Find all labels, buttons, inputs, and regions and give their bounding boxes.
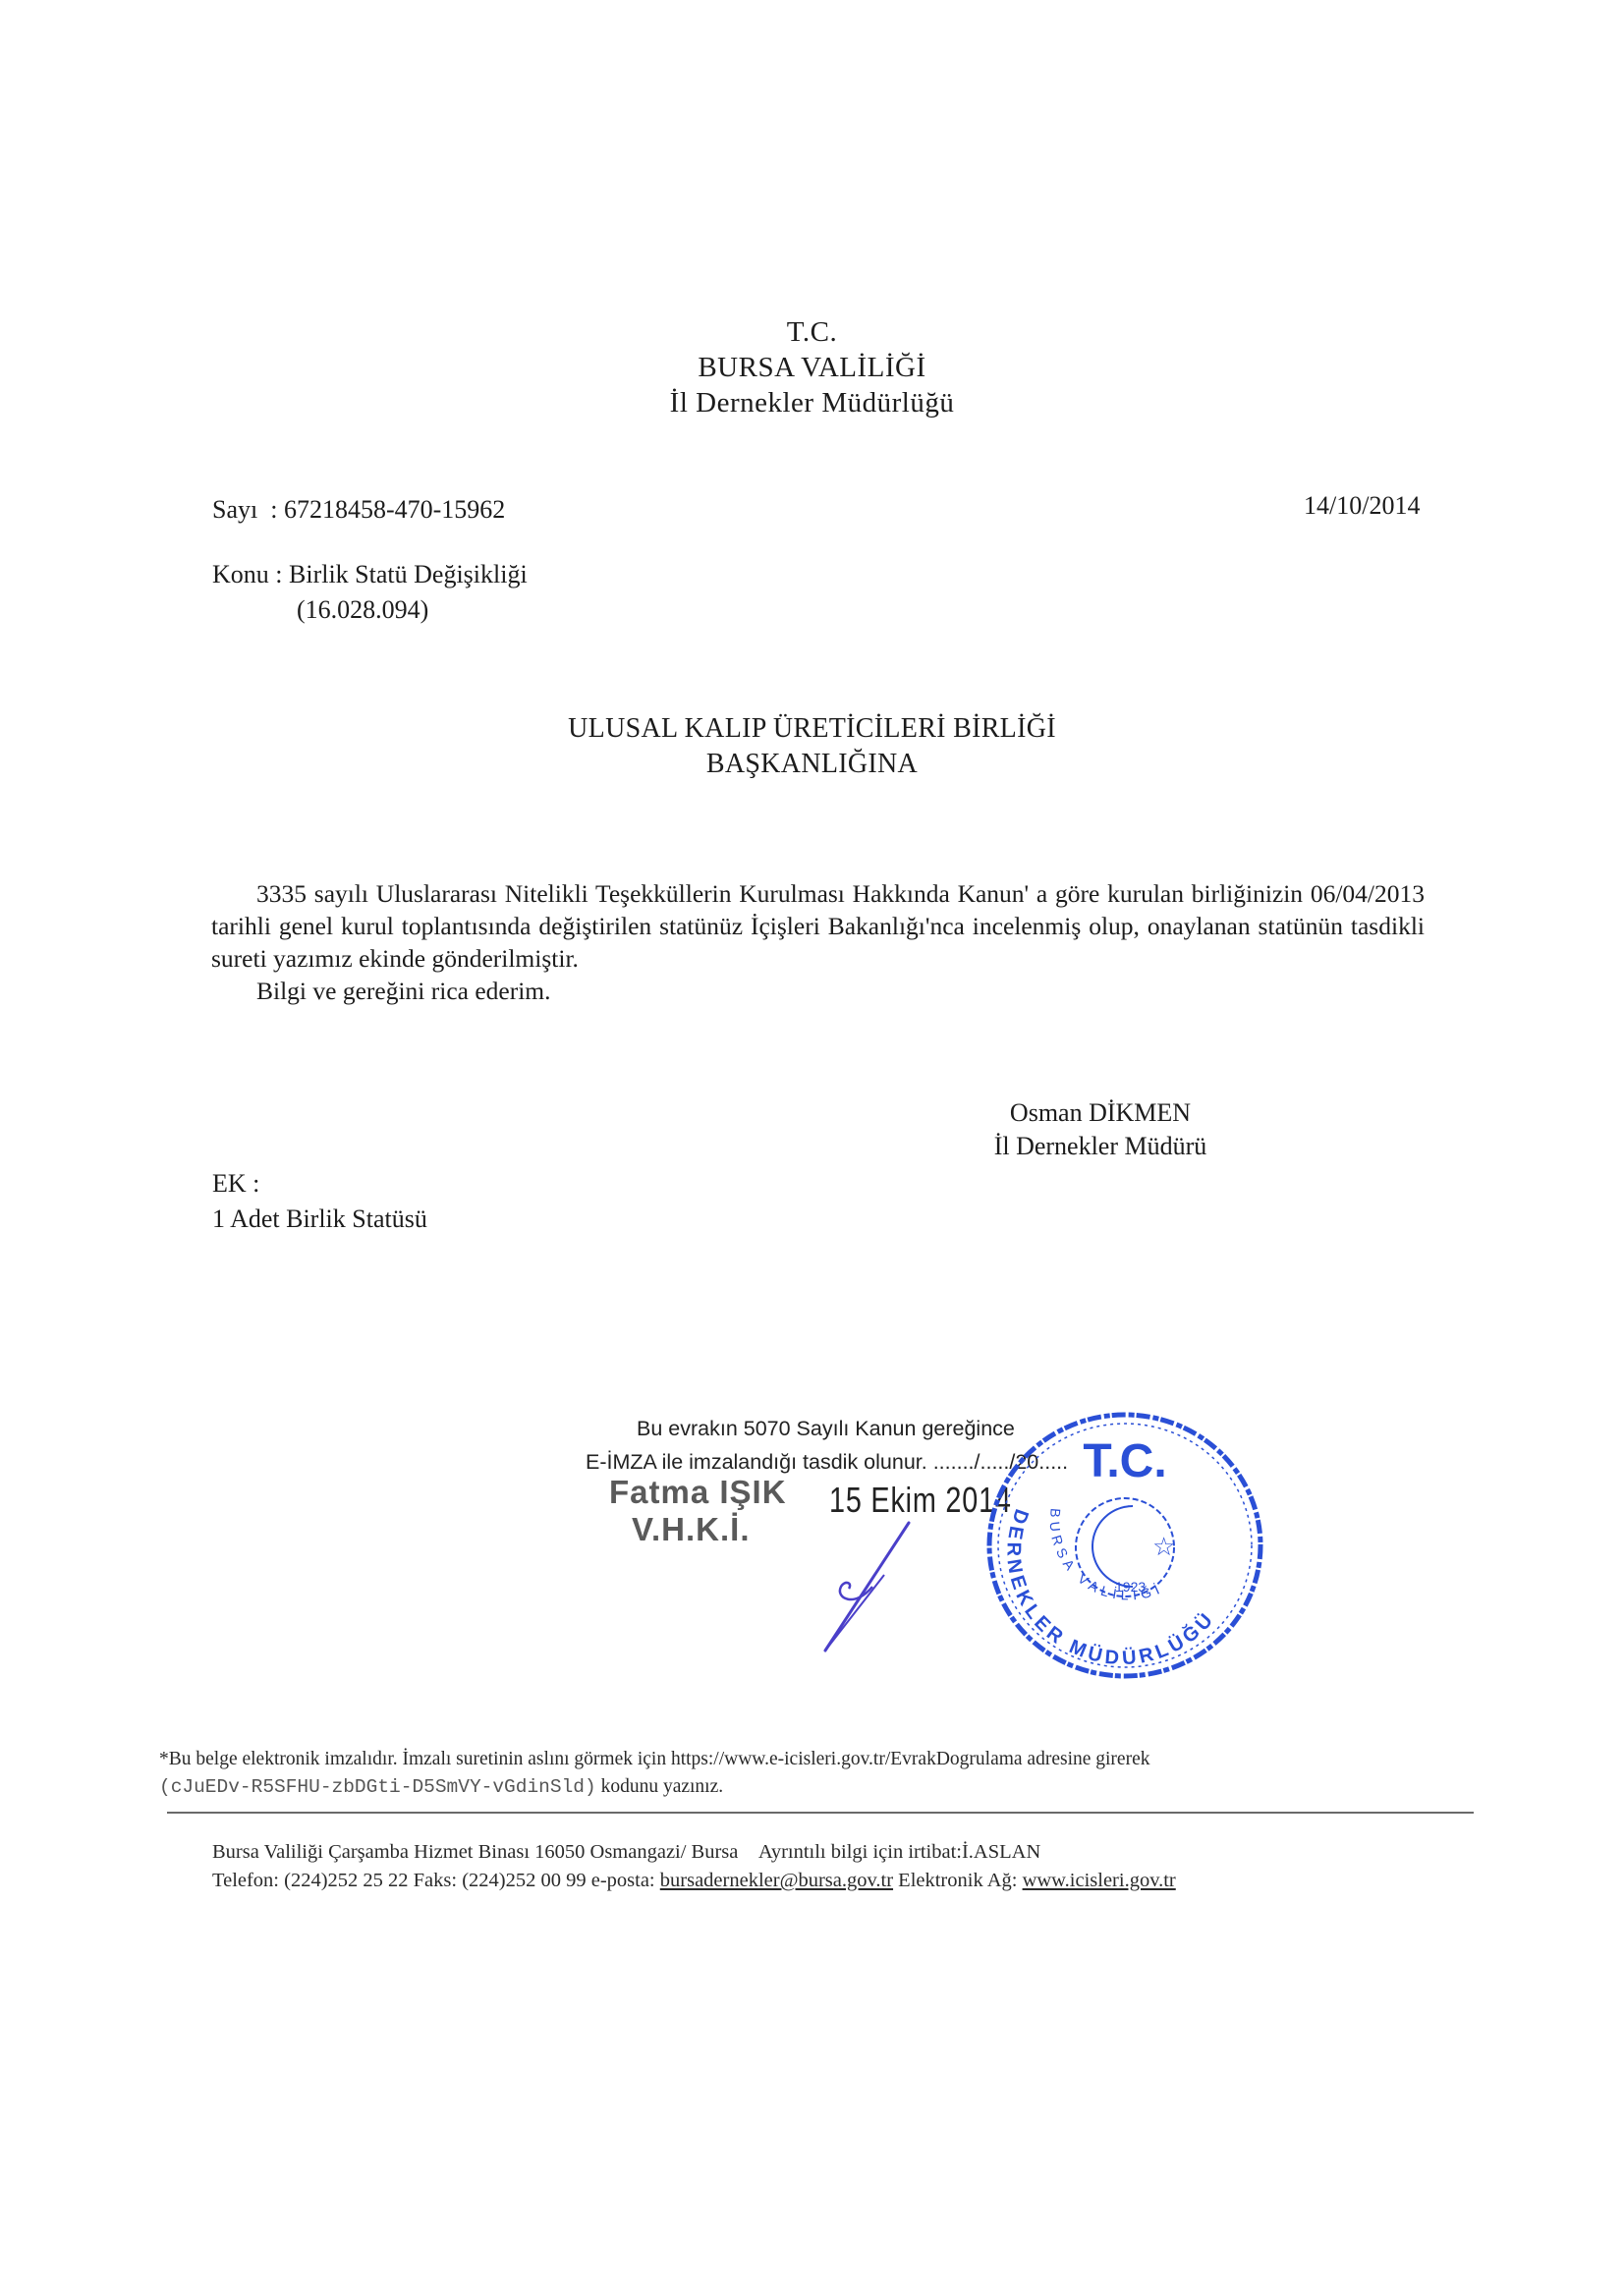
svg-text:☆: ☆	[1152, 1532, 1175, 1561]
footer-network-label: Elektronik Ağ:	[893, 1870, 1023, 1891]
sayi-label: Sayı	[212, 495, 257, 524]
verification-code[interactable]: (cJuEDv-R5SFHU-zbDGti-D5SmVY-vGdinSld)	[159, 1776, 596, 1798]
svg-text:T.C.: T.C.	[1083, 1435, 1166, 1487]
closing-paragraph: Bilgi ve gereğini rica ederim.	[211, 975, 1425, 1007]
addressee-org: ULUSAL KALIP ÜRETİCİLERİ BİRLİĞİ	[0, 713, 1624, 745]
addressee-office: BAŞKANLIĞINA	[0, 749, 1624, 780]
subject-code: (16.028.094)	[297, 595, 428, 625]
letter-body: 3335 sayılı Uluslararası Nitelikli Teşek…	[211, 877, 1425, 1007]
verification-instruction: kodunu yazınız.	[596, 1776, 723, 1797]
footer-address: Bursa Valiliği Çarşamba Hizmet Binası 16…	[212, 1841, 738, 1863]
header-governorship: BURSA VALİLİĞİ	[0, 352, 1624, 384]
verification-code-line: (cJuEDv-R5SFHU-zbDGti-D5SmVY-vGdinSld) k…	[159, 1776, 723, 1798]
certifier-title: V.H.K.İ.	[632, 1511, 751, 1548]
handwritten-signature	[806, 1518, 933, 1665]
official-seal-icon: T.C. ☆ 1923 DERNEKLER MÜDÜRLÜĞÜ BURSA VA…	[978, 1400, 1272, 1685]
document-date: 14/10/2014	[1304, 491, 1420, 521]
footer-contact: Ayrıntılı bilgi için irtibat:İ.ASLAN	[758, 1841, 1040, 1863]
footer-website-link[interactable]: www.icisleri.gov.tr	[1023, 1870, 1176, 1891]
konu-label: Konu	[212, 560, 269, 588]
body-paragraph: 3335 sayılı Uluslararası Nitelikli Teşek…	[211, 877, 1425, 975]
footer-address-line: Bursa Valiliği Çarşamba Hizmet Binası 16…	[212, 1841, 1040, 1864]
attachment-item: 1 Adet Birlik Statüsü	[212, 1204, 427, 1234]
signer-name: Osman DİKMEN	[982, 1098, 1218, 1128]
footer-contact-line: Telefon: (224)252 25 22 Faks: (224)252 0…	[212, 1870, 1176, 1892]
signer-title: İl Dernekler Müdürü	[973, 1132, 1228, 1161]
svg-text:BURSA VALİLİĞİ: BURSA VALİLİĞİ	[1047, 1508, 1166, 1603]
attachments-label: EK :	[212, 1169, 259, 1199]
e-signature-notice: *Bu belge elektronik imzalıdır. İmzalı s…	[159, 1749, 1149, 1770]
footer-divider	[167, 1812, 1474, 1814]
sayi-value: : 67218458-470-15962	[270, 495, 505, 524]
document-number: Sayı : 67218458-470-15962	[212, 495, 505, 525]
footer-email-link[interactable]: bursadernekler@bursa.gov.tr	[660, 1870, 893, 1891]
header-tc: T.C.	[0, 316, 1624, 349]
certifier-name: Fatma IŞIK	[609, 1474, 787, 1511]
subject: Konu : Birlik Statü Değişikliği	[212, 560, 528, 589]
header-directorate: İl Dernekler Müdürlüğü	[0, 387, 1624, 420]
konu-value: : Birlik Statü Değişikliği	[275, 560, 527, 588]
footer-phone-fax: Telefon: (224)252 25 22 Faks: (224)252 0…	[212, 1870, 660, 1891]
certification-line-1: Bu evrakın 5070 Sayılı Kanun gereğince	[637, 1417, 1015, 1441]
